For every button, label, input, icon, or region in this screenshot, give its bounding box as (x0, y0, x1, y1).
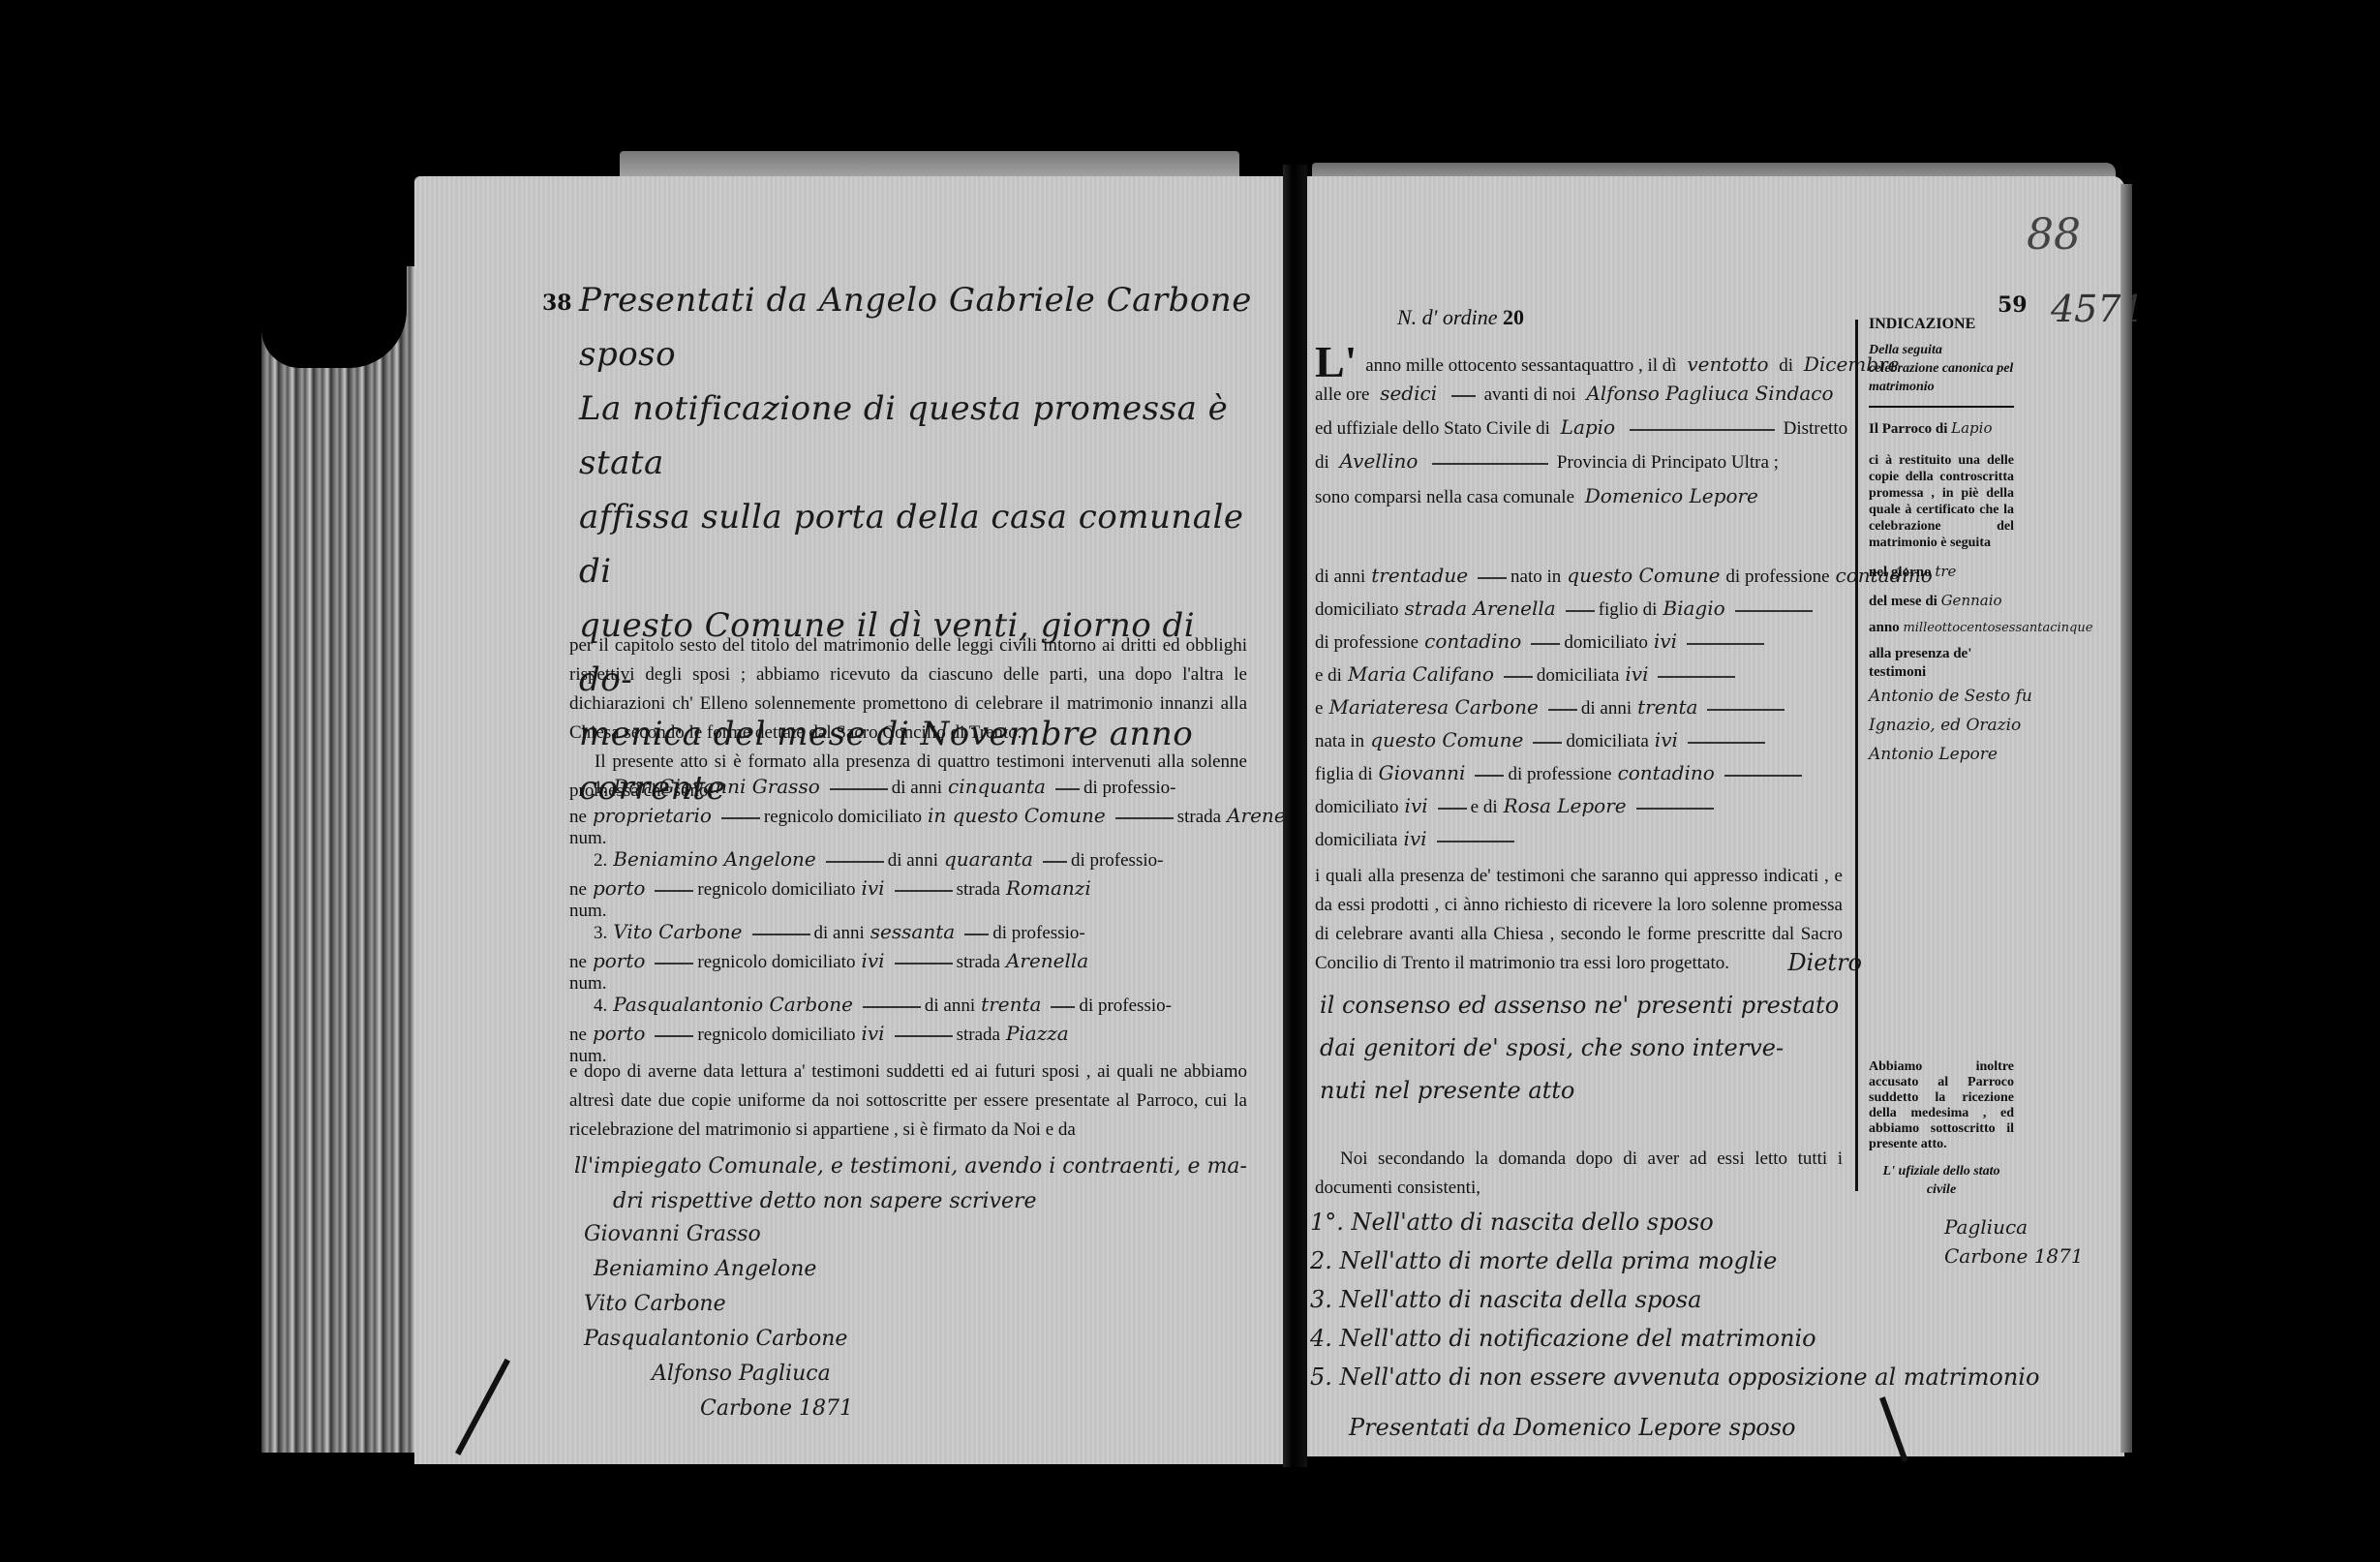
detail-value: ivi (1654, 629, 1677, 653)
closing-text: e dopo di averne data lettura a' testimo… (569, 1057, 1247, 1145)
label: di professio- (1071, 850, 1164, 871)
signature: Pasqualantonio Carbone (584, 1322, 853, 1357)
document-item: 5. Nell'atto di non essere avvenuta oppo… (1310, 1358, 2039, 1396)
rule (830, 788, 888, 790)
label: di professione (1315, 632, 1419, 653)
detail-value: contadino (1424, 629, 1521, 653)
day-value: tre (1935, 563, 1956, 580)
day-value: ventotto (1687, 352, 1768, 376)
label: regnicolo domiciliato (764, 807, 922, 827)
hand-line: il consenso ed assenso ne' presenti pres… (1320, 984, 1862, 1026)
signatures: Giovanni Grasso Beniamino Angelone Vito … (584, 1217, 853, 1426)
divider (1869, 406, 2014, 408)
closing-hand-line: dri rispettive detto non sapere scrivere (574, 1184, 1271, 1219)
rule (1533, 742, 1562, 744)
witness-street: Romanzi (1006, 876, 1091, 900)
note-line: Presentati da Angelo Gabriele Carbone sp… (579, 273, 1257, 382)
rule (1566, 610, 1595, 612)
label: e di (1471, 797, 1498, 817)
witness-domicile: in questo Comune (928, 804, 1106, 827)
rule (1531, 643, 1560, 645)
detail-value: Rosa Lepore (1504, 794, 1627, 817)
label: anno mille ottocento sessantaquattro , i… (1365, 355, 1676, 376)
signature: Pagliuca (1944, 1212, 2084, 1241)
indication-sidebar: INDICAZIONE Della seguita celebrazione c… (1869, 315, 2014, 1199)
label: nato in (1510, 567, 1561, 587)
witness-name: Vito Carbone (613, 920, 742, 943)
detail-value: strada Arenella (1405, 597, 1556, 620)
label: nata in (1315, 731, 1364, 751)
note-line: La notificazione di questa promessa è st… (579, 382, 1257, 490)
intro-line-4: di Avellino Provincia di Principato Ultr… (1315, 449, 1779, 474)
book-shadow (261, 174, 407, 368)
parroco-value: Lapio (1951, 419, 1992, 437)
spouse-detail-row: domiciliatostrada Arenellafiglio diBiagi… (1315, 597, 1816, 621)
detail-value: Giovanni (1379, 761, 1466, 784)
hand-line: nuti nel presente atto (1320, 1069, 1862, 1112)
rule (1548, 709, 1577, 711)
officer-label: L' ufiziale dello stato civile (1869, 1162, 2014, 1199)
document-item: 1°. Nell'atto di nascita dello sposo (1310, 1203, 2039, 1241)
spouse-detail-row: eMariateresa Carbonedi annitrenta (1315, 695, 1788, 720)
witness-name: Beniamino Angelone (613, 847, 816, 871)
rule (863, 1006, 921, 1008)
spouse-detail-row: di annitrentaduenato inquesto Comunedi p… (1315, 564, 1938, 588)
rule (1687, 643, 1764, 645)
rule (964, 934, 989, 935)
label: ed uffiziale dello Stato Civile di (1315, 418, 1550, 439)
drop-letter: L' (1315, 337, 1357, 386)
restituito-text: ci à restituito una delle copie della co… (1869, 452, 2014, 551)
witness-number: 3. (594, 923, 607, 943)
label: strada (957, 952, 1000, 972)
label: strada (957, 879, 1000, 900)
rule (1688, 742, 1765, 744)
rule (655, 890, 693, 892)
rule (1055, 788, 1080, 790)
label: anno (1869, 620, 1900, 635)
label: ne (569, 879, 587, 900)
signature: Giovanni Grasso (584, 1217, 853, 1252)
closing-handwritten: ll'impiegato Comunale, e testimoni, aven… (574, 1149, 1271, 1219)
label: di professione (1508, 764, 1611, 784)
rule (1438, 808, 1467, 810)
witness-name: Pasqualantonio Carbone (613, 993, 853, 1016)
detail-value: ivi (1405, 794, 1428, 817)
signature: Alfonso Pagliuca (584, 1357, 853, 1392)
label: alle ore (1315, 384, 1369, 405)
document-item: 2. Nell'atto di morte della prima moglie (1310, 1241, 2039, 1280)
rule (1475, 775, 1504, 777)
witness-row: 1.Don Giovanni Grassodi annicinquantadi … (594, 775, 1175, 799)
month-value: Gennaio (1941, 592, 2002, 609)
label: domiciliato (1564, 632, 1648, 653)
label: di anni (814, 923, 865, 943)
detail-value: contadino (1618, 761, 1715, 784)
witness-row-detail: neportoregnicolo domiciliatoivistradaAre… (569, 949, 1094, 973)
label: domiciliato (1315, 599, 1399, 620)
closing-hand-line: ll'impiegato Comunale, e testimoni, aven… (574, 1149, 1271, 1184)
town-value: Lapio (1561, 415, 1615, 439)
rule (826, 861, 884, 863)
intro-line-3: ed uffiziale dello Stato Civile di Lapio… (1315, 415, 1847, 440)
label: di anni (888, 850, 938, 871)
rule (1478, 577, 1507, 579)
signature: Carbone 1871 (1944, 1241, 2084, 1271)
rule (721, 817, 760, 819)
label: ne (569, 1025, 587, 1045)
rule (895, 1035, 953, 1037)
right-page-edge (2121, 184, 2132, 1453)
documents-intro-text: Noi secondando la domanda dopo di aver a… (1315, 1145, 1843, 1203)
label: figlio di (1599, 599, 1658, 620)
label: di professio- (992, 923, 1085, 943)
detail-value: questo Comune (1370, 728, 1523, 751)
label: strada (957, 1025, 1000, 1045)
margin-signature: Pagliuca Carbone 1871 (1944, 1212, 2084, 1271)
order-number: N. d' ordine 20 (1397, 305, 1524, 330)
detail-value: trenta (1637, 695, 1697, 719)
rule (1630, 429, 1775, 431)
rule (1051, 1006, 1075, 1008)
rule (1043, 861, 1067, 863)
label: avanti di noi (1484, 384, 1576, 405)
parroco-row: Il Parroco di Lapio (1869, 419, 2014, 439)
witness-row-detail: neportoregnicolo domiciliatoivistradaPia… (569, 1022, 1075, 1046)
witness-age: sessanta (870, 920, 955, 943)
witness-profession: porto (593, 1022, 645, 1045)
district-value: Avellino (1340, 449, 1419, 473)
year-value: milleottocentosessantacinque (1903, 621, 2092, 635)
hand-line: Dietro (1320, 941, 1862, 984)
signature: Vito Carbone (584, 1287, 853, 1322)
label: num. (569, 828, 607, 848)
label: di professio- (1079, 995, 1172, 1016)
label: domiciliata (1315, 830, 1397, 850)
rule (1636, 808, 1714, 810)
order-label: N. d' ordine (1397, 305, 1498, 329)
document-item: 4. Nell'atto di notificazione del matrim… (1310, 1319, 2039, 1358)
witness-age: cinquanta (948, 775, 1046, 798)
label: di (1315, 452, 1329, 473)
rule (1658, 676, 1735, 678)
label: sono comparsi nella casa comunale (1315, 487, 1574, 507)
label: di anni (892, 778, 942, 798)
left-page: 38 Presentati da Angelo Gabriele Carbone… (414, 176, 1286, 1464)
spouse-detail-row: e diMaria Califanodomiciliataivi (1315, 662, 1739, 687)
corner-mark: 88 (2027, 210, 2081, 260)
label: strada (1177, 807, 1221, 827)
label: di professione (1725, 567, 1829, 587)
witness-num-label: num. (569, 901, 607, 922)
label: di anni (925, 995, 975, 1016)
detail-value: ivi (1655, 728, 1678, 751)
label: figlia di (1315, 764, 1373, 784)
note-line: affissa sulla porta della casa comunale … (579, 490, 1257, 598)
documents-list: 1°. Nell'atto di nascita dello sposo 2. … (1310, 1203, 2039, 1447)
intro-line-1: L' anno mille ottocento sessantaquattro … (1315, 336, 1905, 387)
closing-paragraph: e dopo di averne data lettura a' testimo… (569, 1057, 1247, 1145)
label: Distretto (1784, 418, 1848, 439)
page-number: 38 (542, 291, 572, 316)
rule (1504, 676, 1533, 678)
witness-age: trenta (981, 993, 1041, 1016)
witness-street: Piazza (1006, 1022, 1069, 1045)
officer-value: Alfonso Pagliuca Sindaco (1586, 382, 1833, 405)
label: di anni (1315, 567, 1365, 587)
rule (1735, 610, 1813, 612)
witness-row: 3.Vito Carbonedi annisessantadi professi… (594, 920, 1085, 944)
detail-value: trentadue (1371, 564, 1468, 587)
book-gutter (1283, 165, 1307, 1467)
rule (1707, 709, 1785, 711)
witness-name: Don Giovanni Grasso (613, 775, 820, 798)
witness-number: 2. (594, 850, 607, 871)
rule (752, 934, 810, 935)
spouse-detail-row: figlia diGiovannidi professionecontadino (1315, 761, 1806, 785)
documents-footer: Presentati da Domenico Lepore sposo (1310, 1408, 2039, 1447)
witness-number: 1. (594, 778, 607, 798)
label: di professio- (1083, 778, 1176, 798)
label: Provincia di Principato Ultra ; (1557, 452, 1779, 473)
label: e (1315, 698, 1323, 719)
rule (1432, 463, 1548, 465)
spouse-detail-row: domiciliataivi (1315, 827, 1518, 851)
accusato-text: Abbiamo inoltre accusato al Parroco sudd… (1869, 1059, 2014, 1152)
label: del mese di (1869, 594, 1938, 609)
rule (655, 963, 693, 965)
label: domiciliata (1537, 665, 1619, 686)
witness-domicile: ivi (861, 949, 884, 972)
witness-row: 2.Beniamino Angelonedi anniquarantadi pr… (594, 847, 1163, 872)
label: regnicolo domiciliato (697, 1025, 855, 1045)
signature: Beniamino Angelone (584, 1252, 853, 1287)
detail-value: questo Comune (1567, 564, 1720, 587)
detail-value: Mariateresa Carbone (1328, 695, 1538, 719)
detail-value: Biagio (1663, 597, 1724, 620)
witness-profession: porto (593, 949, 645, 972)
witness-number: 4. (594, 995, 607, 1016)
detail-value: ivi (1403, 827, 1426, 850)
label: domiciliato (1315, 797, 1399, 817)
rule (895, 890, 953, 892)
witness-row-detail: neportoregnicolo domiciliatoivistradaRom… (569, 876, 1097, 901)
book-page-edges (261, 266, 421, 1453)
label: e di (1315, 665, 1342, 686)
rule (1724, 775, 1802, 777)
label: domiciliata (1566, 731, 1648, 751)
signature: Carbone 1871 (584, 1392, 853, 1426)
request-handwritten: Dietro il consenso ed assenso ne' presen… (1320, 980, 1862, 1112)
rule (655, 1035, 693, 1037)
rule (1437, 841, 1514, 842)
witness-age: quaranta (944, 847, 1033, 871)
spouse-detail-row: domiciliatoivie diRosa Lepore (1315, 794, 1718, 818)
sidebar-title: INDICAZIONE (1869, 315, 2014, 333)
label: ne (569, 807, 587, 827)
witness-domicile: ivi (861, 876, 884, 900)
documents-intro: Noi secondando la domanda dopo di aver a… (1315, 1145, 1843, 1203)
label: num. (569, 973, 607, 994)
sidebar-divider (1855, 320, 1858, 1191)
witnesses-label: alla presenza de' testimoni (1869, 645, 2014, 682)
label: di (1779, 355, 1793, 376)
spouse-detail-row: di professionecontadinodomiciliatoivi (1315, 629, 1768, 654)
intro-line-5: sono comparsi nella casa comunale Domeni… (1315, 484, 1764, 508)
witness-profession: porto (593, 876, 645, 900)
label: di anni (1581, 698, 1632, 719)
order-value: 20 (1503, 305, 1524, 329)
label: ne (569, 952, 587, 972)
witness-num-label: num. (569, 828, 607, 849)
label: regnicolo domiciliato (697, 952, 855, 972)
rule (1451, 395, 1476, 397)
label: num. (569, 901, 607, 921)
right-page: 88 59 4571 N. d' ordine 20 L' anno mille… (1305, 176, 2124, 1456)
sidebar-subtitle: Della seguita celebrazione canonica pel … (1869, 341, 2014, 396)
document-item: 3. Nell'atto di nascita della sposa (1310, 1280, 2039, 1319)
hand-line: dai genitori de' sposi, che sono interve… (1320, 1026, 1862, 1069)
legal-paragraph: per il capitolo sesto del titolo del mat… (569, 631, 1247, 748)
spouse-detail-row: nata inquesto Comunedomiciliataivi (1315, 728, 1769, 752)
witness-num-label: num. (569, 973, 607, 995)
witness-profession: proprietario (593, 804, 712, 827)
rule (1115, 817, 1174, 819)
label: nel giorno (1869, 565, 1932, 580)
rule (895, 963, 953, 965)
groom-value: Domenico Lepore (1585, 484, 1758, 507)
witness-street: Arenella (1006, 949, 1088, 972)
hour-value: sedici (1380, 382, 1437, 405)
witness-row-detail: neproprietarioregnicolo domiciliatoin qu… (569, 804, 1315, 828)
label: Il Parroco di (1869, 421, 1947, 437)
witnesses-value: Antonio de Sesto fu Ignazio, ed Orazio A… (1869, 682, 2072, 769)
witness-row: 4.Pasqualantonio Carbonedi annitrentadi … (594, 993, 1172, 1017)
detail-value: Maria Califano (1348, 662, 1494, 686)
intro-line-2: alle ore sedici avanti di noi Alfonso Pa… (1315, 382, 1840, 406)
witness-domicile: ivi (861, 1022, 884, 1045)
label: regnicolo domiciliato (697, 879, 855, 900)
detail-value: ivi (1625, 662, 1648, 686)
